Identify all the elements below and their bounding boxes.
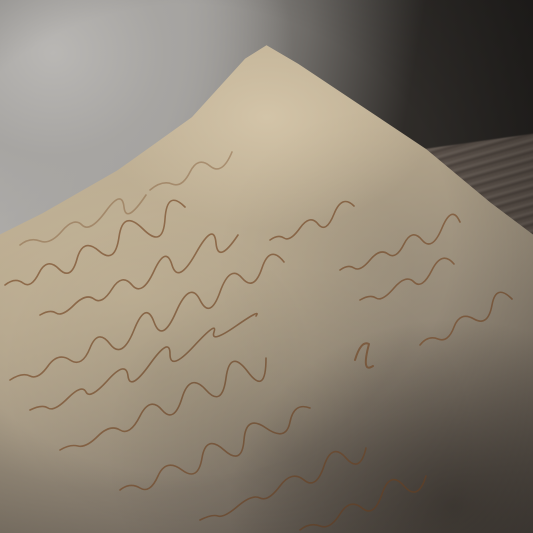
manuscript-photo: Joao: [0, 0, 533, 533]
